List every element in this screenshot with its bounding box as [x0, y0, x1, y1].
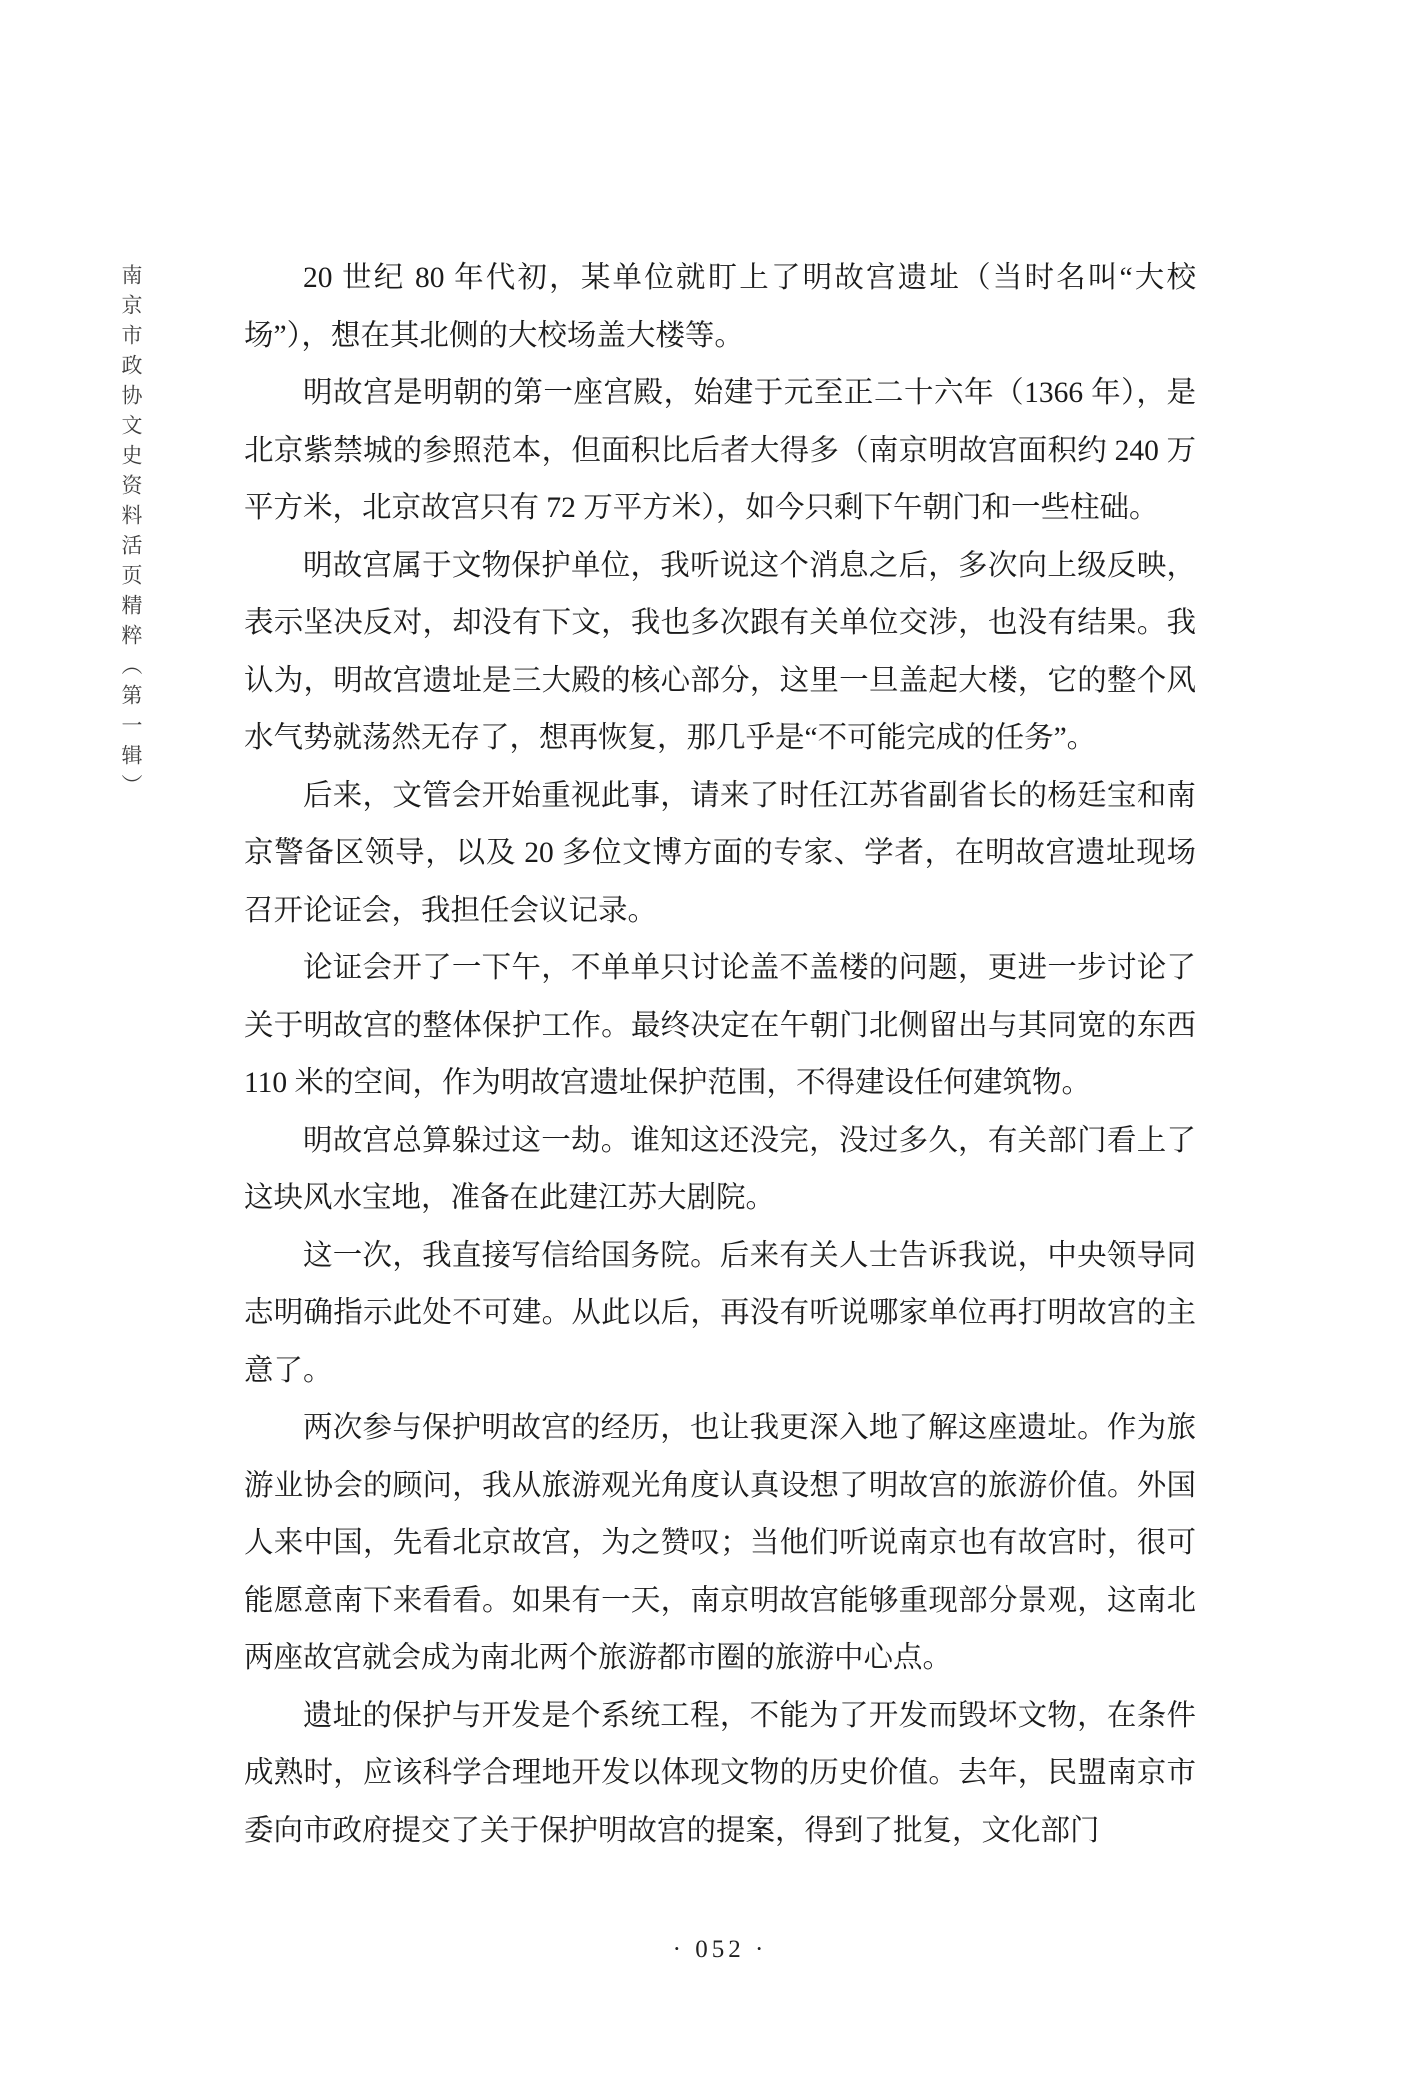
- paragraph: 后来，文管会开始重视此事，请来了时任江苏省副省长的杨廷宝和南京警备区领导，以及 …: [244, 768, 1196, 941]
- paragraph: 20 世纪 80 年代初，某单位就盯上了明故宫遗址（当时名叫“大校场”），想在其…: [244, 250, 1196, 365]
- document-page: 南京市政协文史资料活页精粹（第一辑） 20 世纪 80 年代初，某单位就盯上了明…: [0, 0, 1426, 2095]
- book-title-vertical: 南京市政协文史资料活页精粹（第一辑）: [116, 264, 146, 804]
- page-number: · 052 ·: [244, 1936, 1196, 1964]
- paragraph: 明故宫总算躲过这一劫。谁知这还没完，没过多久，有关部门看上了这块风水宝地，准备在…: [244, 1113, 1196, 1228]
- paragraph: 论证会开了一下午，不单单只讨论盖不盖楼的问题，更进一步讨论了关于明故宫的整体保护…: [244, 940, 1196, 1113]
- paragraph: 明故宫是明朝的第一座宫殿，始建于元至正二十六年（1366 年），是北京紫禁城的参…: [244, 365, 1196, 538]
- text-body: 20 世纪 80 年代初，某单位就盯上了明故宫遗址（当时名叫“大校场”），想在其…: [244, 250, 1196, 1860]
- paragraph: 明故宫属于文物保护单位，我听说这个消息之后，多次向上级反映，表示坚决反对，却没有…: [244, 538, 1196, 768]
- paragraph: 两次参与保护明故宫的经历，也让我更深入地了解这座遗址。作为旅游业协会的顾问，我从…: [244, 1400, 1196, 1688]
- paragraph: 这一次，我直接写信给国务院。后来有关人士告诉我说，中央领导同志明确指示此处不可建…: [244, 1228, 1196, 1401]
- paragraph: 遗址的保护与开发是个系统工程，不能为了开发而毁坏文物，在条件成熟时，应该科学合理…: [244, 1688, 1196, 1861]
